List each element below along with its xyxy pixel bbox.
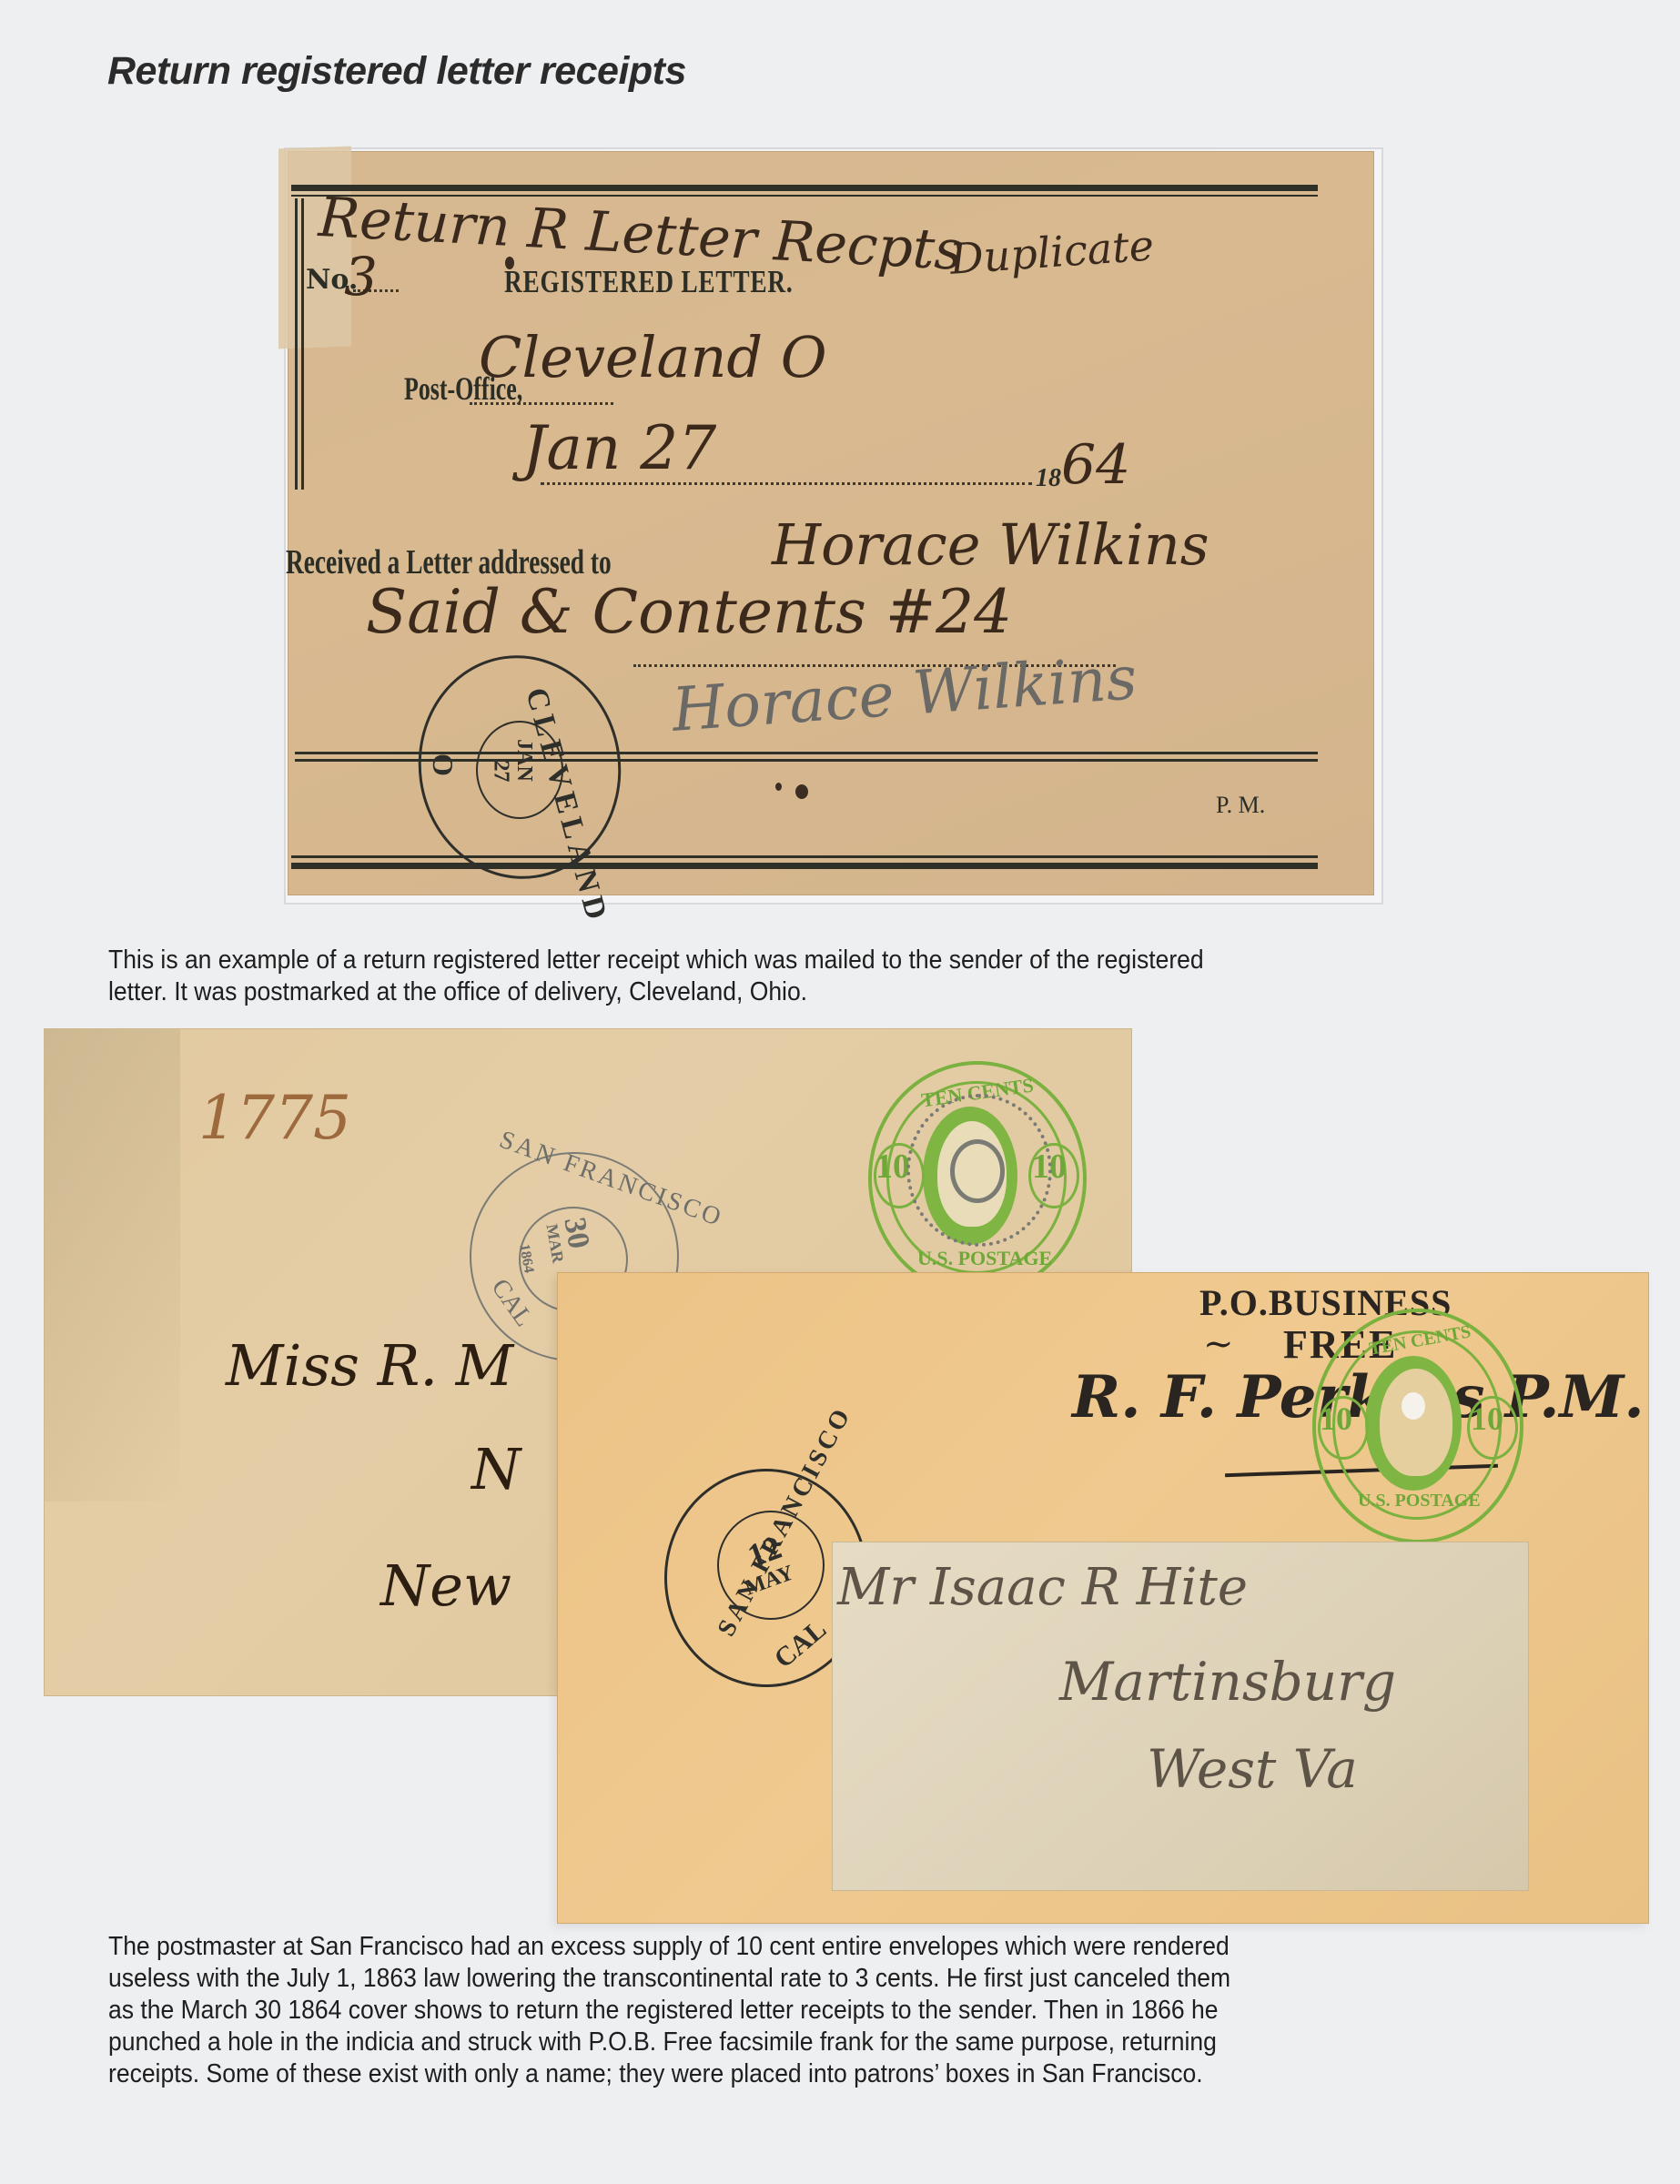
caption-receipt-line: This is an example of a return registere… [108,945,1204,976]
manuscript-duplicate: Duplicate [948,220,1156,284]
cleveland-postmark-month: JAN [511,739,536,782]
indicia-value-left-2: 10 [1320,1400,1352,1438]
year-printed: 18 [1036,464,1061,493]
postmaster-label: P. M. [1216,792,1265,819]
punch-hole-dot [775,783,782,791]
caption-envelopes-line: The postmaster at San Francisco had an e… [108,1931,1230,1963]
date-dotted-line [541,482,1032,485]
address-line-2: Martinsburg [1059,1651,1396,1713]
caption-envelopes-line: as the March 30 1864 cover shows to retu… [108,1995,1230,2027]
docket-number: 1775 [198,1083,351,1153]
number-value: 3 [344,246,378,308]
bottom-rule-d [291,863,1318,869]
indicia-value-right-2: 10 [1471,1400,1503,1438]
indicia-bottom-text-2: U.S. POSTAGE [1358,1491,1481,1512]
top-rule-thick [291,185,1318,191]
punch-hole [505,257,514,269]
bottom-rule-c [291,855,1318,858]
caption-envelopes-line: receipts. Some of these exist with only … [108,2058,1230,2090]
addressee-line2: Said & Contents #24 [366,577,1012,647]
post-office-dotted-line [470,402,613,405]
address-line-1: Mr Isaac R Hite [837,1558,1248,1617]
post-office-value: Cleveland O [479,324,827,390]
address-line-2: N [471,1436,521,1502]
punch-hole-bottom [795,784,808,799]
left-rule [295,198,298,490]
signature: Horace Wilkins [670,642,1139,744]
page-title: Return registered letter receipts [107,49,686,94]
caption-envelopes-line: useless with the July 1, 1863 law loweri… [108,1963,1230,1995]
frank-flourish-icon: ~ [1203,1323,1234,1365]
cleveland-postmark-day: 27 [489,761,513,783]
address-line-3: West Va [1147,1738,1358,1800]
form-title: REGISTERED LETTER. [504,264,793,300]
date-value: Jan 27 [522,413,716,483]
caption-envelopes-line: punched a hole in the indicia and struck… [108,2027,1230,2058]
address-label: Mr Isaac R Hite Martinsburg West Va [832,1542,1529,1891]
address-line-1: Miss R. M [226,1332,513,1399]
indicia-bottom-text: U.S. POSTAGE [917,1247,1052,1270]
caption-receipt-line: letter. It was postmarked at the office … [108,976,1204,1008]
washington-portrait-icon [1380,1369,1452,1476]
registered-letter-receipt: Return R Letter Recpts Duplicate No. 3 R… [288,151,1374,895]
envelope-shadow-fold [44,1028,180,1501]
addressee: Horace Wilkins [772,511,1209,578]
envelope-po-business-free: P.O.BUSINESS FREE ~ R. F. Perkins P.M. S… [557,1272,1649,1924]
indicia-value-left: 10 [875,1147,910,1187]
left-rule-inner [301,198,304,490]
address-line-3: New [380,1552,511,1619]
punched-hole-icon [1402,1392,1425,1420]
caption-receipt: This is an example of a return registere… [108,945,1204,1008]
cleveland-postmark-state: O [426,753,460,776]
caption-envelopes: The postmaster at San Francisco had an e… [108,1931,1230,2090]
target-cancel-inner [950,1139,1005,1203]
year-handwritten: 64 [1061,433,1130,497]
